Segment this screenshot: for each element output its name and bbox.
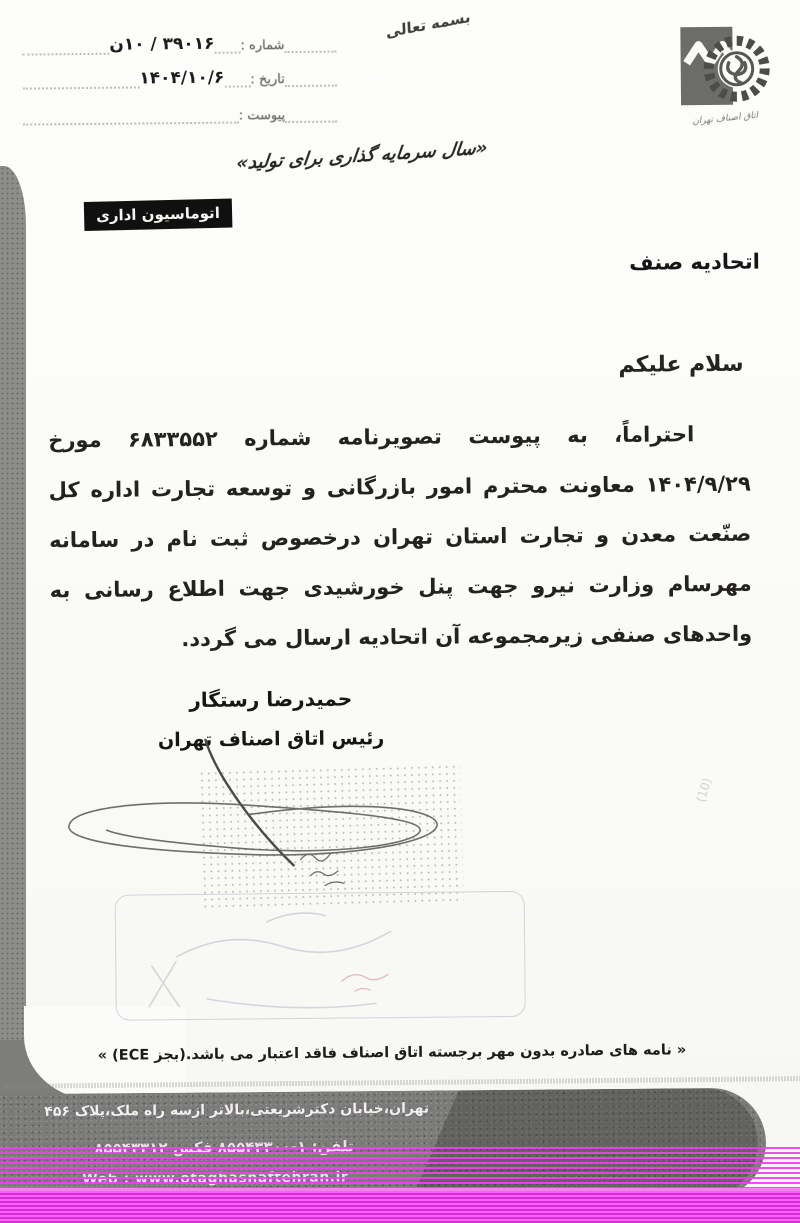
dotted-leader (23, 111, 239, 126)
letter-body: احتراماً، به پیوست تصویرنامه شماره ۶۸۳۳۵… (48, 409, 752, 666)
letter-number-row: شماره : ن۱۰ / ۳۹۰۱۶ (22, 27, 336, 56)
dotted-leader (284, 40, 336, 53)
dotted-leader (285, 74, 337, 87)
signatory-name: حمیدرضا رستگار (121, 686, 421, 713)
letter-date-label: تاریخ : (250, 72, 285, 87)
handwritten-signature (53, 732, 455, 904)
dotted-leader (23, 75, 140, 89)
magenta-stripes-upper (0, 1144, 800, 1190)
letter-attachment-row: پیوست : (23, 97, 337, 126)
letter-attachment-label: پیوست : (239, 108, 286, 123)
year-slogan: «سال سرمایه گذاری برای تولید» (283, 138, 489, 172)
body-line: احتراماً، به پیوست تصویرنامه شماره ۶۸۳۳۵… (48, 409, 750, 466)
body-line: مهرسام وزارت نیرو جهت پنل خورشیدی جهت اط… (49, 559, 751, 616)
faint-stamp-box (115, 891, 526, 1021)
dotted-leader (224, 74, 250, 87)
automation-stamp: اتوماسیون اداری (84, 199, 232, 231)
magenta-stripes-lower (0, 1188, 800, 1223)
dotted-leader (214, 41, 240, 54)
letter-date-row: تاریخ : ۱۴۰۴/۱۰/۶ (23, 61, 337, 90)
letter-number-value: ن۱۰ / ۳۹۰۱۶ (109, 34, 214, 55)
letter-date-value: ۱۴۰۴/۱۰/۶ (139, 68, 224, 89)
letter-number-label: شماره : (240, 38, 284, 53)
scanned-letter-page: شماره : ن۱۰ / ۳۹۰۱۶ تاریخ : ۱۴۰۴/۱۰/۶ پی… (0, 0, 800, 1223)
disclaimer-line: « نامه های صادره بدون مهر برجسته اتاق اص… (142, 1042, 686, 1063)
letter-content: شماره : ن۱۰ / ۳۹۰۱۶ تاریخ : ۱۴۰۴/۱۰/۶ پی… (0, 0, 800, 1223)
chamber-logo-icon (678, 22, 773, 113)
recipient-title: اتحادیه صنف (608, 249, 780, 275)
body-line: واحدهای صنفی زیرمجموعه آن اتحادیه ارسال … (50, 609, 752, 666)
greeting-line: سلام علیکم (618, 352, 743, 378)
hatch-divider (4, 1076, 800, 1089)
dotted-leader (22, 42, 109, 56)
margin-note: (10) (694, 776, 715, 804)
body-line: صنّعت معدن و تجارت استان تهران درخصوص ثب… (49, 509, 751, 566)
bismillah-calligraphy: بسمه تعالی (381, 7, 476, 43)
dotted-leader (285, 110, 337, 123)
body-line: ۱۴۰۴/۹/۲۹ معاونت محترم امور بازرگانی و ت… (48, 459, 750, 516)
